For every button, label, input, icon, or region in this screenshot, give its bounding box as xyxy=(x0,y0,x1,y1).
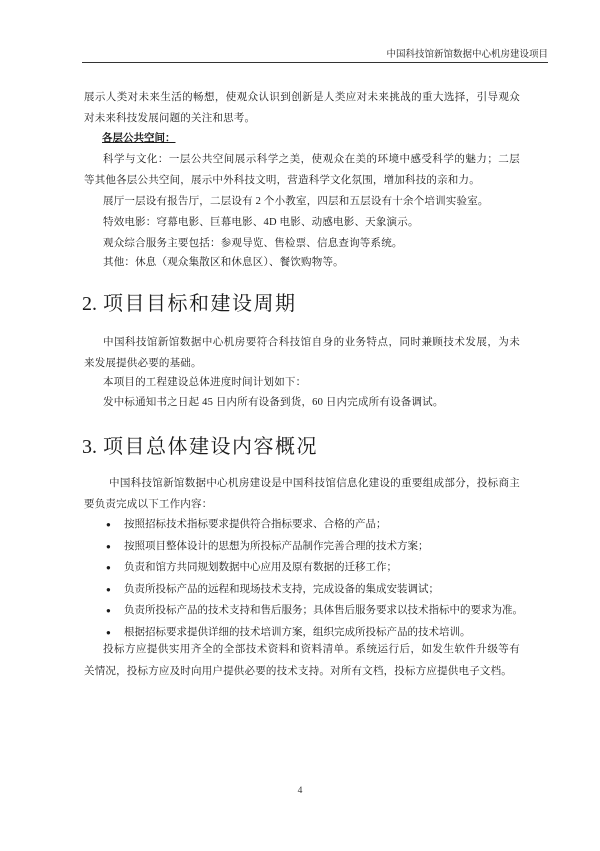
paragraph-other-services: 其他：休息（观众集散区和休息区）、餐饮购物等。 xyxy=(84,252,520,273)
paragraph-documentation: 投标方应提供实用齐全的全部技术资料和资料清单。系统运行后，如发生软件升级等有关情… xyxy=(84,639,520,683)
bullet-text: 负责所投标产品的技术支持和售后服务；具体售后服务要求以技术指标中的要求为准。 xyxy=(124,605,523,616)
bullet-text: 按照招标技术指标要求提供符合指标要求、合格的产品； xyxy=(124,519,387,530)
bullet-icon: ● xyxy=(106,514,111,536)
paragraph-schedule-intro: 本项目的工程建设总体进度时间计划如下： xyxy=(84,372,520,393)
heading-construction-overview: 3.项目总体建设内容概况 xyxy=(82,434,552,461)
paragraph-exhibit-hall: 展厅一层设有报告厅，二层设有 2 个小教室，四层和五层设有十余个培训实验室。 xyxy=(84,191,520,212)
paragraph-construction-intro: 中国科技馆新馆数据中心机房建设是中国科技馆信息化建设的重要组成部分，投标商主要负… xyxy=(84,473,520,515)
bullet-item: ●负责和馆方共同规划数据中心应用及原有数据的迁移工作； xyxy=(84,557,534,579)
bullet-text: 按照项目整体设计的思想为所投标产品制作完善合理的技术方案； xyxy=(124,541,429,552)
bullet-item: ●负责所投标产品的远程和现场技术支持，完成设备的集成安装调试； xyxy=(84,579,534,601)
page-number: 4 xyxy=(0,785,600,797)
bullet-item: ●按照项目整体设计的思想为所投标产品制作完善合理的技术方案； xyxy=(84,536,534,558)
bullet-item: ●按照招标技术指标要求提供符合指标要求、合格的产品； xyxy=(84,514,534,536)
heading-text: 项目目标和建设周期 xyxy=(103,293,297,315)
bullet-text: 负责所投标产品的远程和现场技术支持，完成设备的集成安装调试； xyxy=(124,584,439,595)
heading-text: 项目总体建设内容概况 xyxy=(103,436,318,458)
paragraph-delivery-schedule: 发中标通知书之日起 45 日内所有设备到货，60 日内完成所有设备调试。 xyxy=(84,392,520,413)
bullet-icon: ● xyxy=(106,600,111,622)
intro-paragraph: 展示人类对未来生活的畅想，使观众认识到创新是人类应对未来挑战的重大选择，引导观众… xyxy=(84,87,520,129)
paragraph-goal-overview: 中国科技馆新馆数据中心机房要符合科技馆自身的业务特点，同时兼顾技术发展，为未来发… xyxy=(84,332,520,374)
heading-project-goals: 2.项目目标和建设周期 xyxy=(82,291,552,318)
paragraph-science-culture: 科学与文化：一层公共空间展示科学之美，使观众在美的环境中感受科学的魅力；二层等其… xyxy=(84,149,520,191)
bullet-item: ●负责所投标产品的技术支持和售后服务；具体售后服务要求以技术指标中的要求为准。 xyxy=(84,600,534,622)
bullet-text: 负责和馆方共同规划数据中心应用及原有数据的迁移工作； xyxy=(124,562,397,573)
bullet-icon: ● xyxy=(106,557,111,579)
heading-number: 2. xyxy=(82,293,97,315)
bullet-icon: ● xyxy=(106,579,111,601)
paragraph-special-effect-movies: 特效电影：穹幕电影、巨幕电影、4D 电影、动感电影、天象演示。 xyxy=(84,212,520,233)
section-label-public-space: 各层公共空间： xyxy=(102,128,176,149)
bullet-text: 根据招标要求提供详细的技术培训方案，组织完成所投标产品的技术培训。 xyxy=(124,627,471,638)
heading-number: 3. xyxy=(82,436,97,458)
work-items-bullet-list: ●按照招标技术指标要求提供符合指标要求、合格的产品； ●按照项目整体设计的思想为… xyxy=(84,514,534,644)
paragraph-visitor-services: 观众综合服务主要包括：参观导览、售检票、信息查询等系统。 xyxy=(84,233,520,254)
header-rule xyxy=(82,62,548,63)
header-title: 中国科技馆新馆数据中心机房建设项目 xyxy=(82,49,548,61)
document-page: 中国科技馆新馆数据中心机房建设项目 展示人类对未来生活的畅想，使观众认识到创新是… xyxy=(0,0,600,851)
bullet-icon: ● xyxy=(106,536,111,558)
